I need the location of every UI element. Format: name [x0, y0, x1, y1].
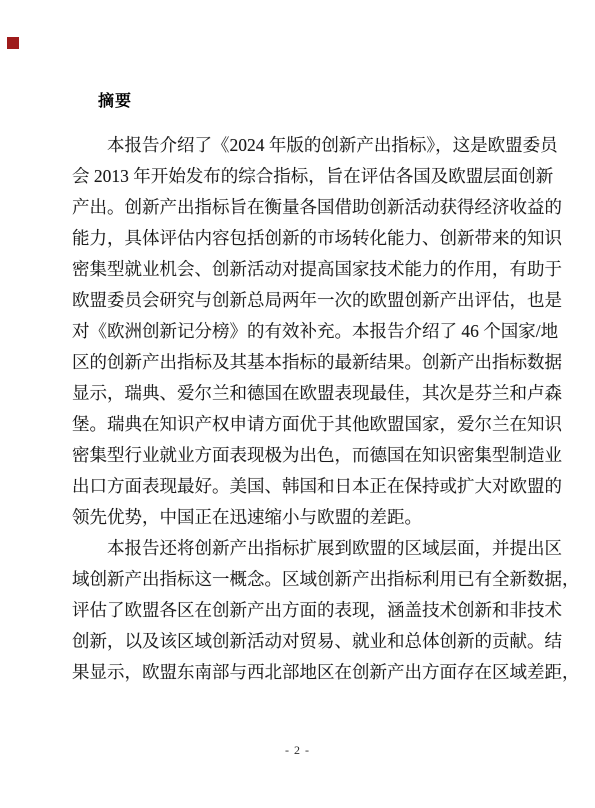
text-line: 欧盟委员会研究与创新总局两年一次的欧盟创新产出评估，也是 — [72, 285, 535, 316]
text-line: 出口方面表现最好。美国、韩国和日本正在保持或扩大对欧盟的 — [72, 471, 535, 502]
text-line: 显示，瑞典、爱尔兰和德国在欧盟表现最佳，其次是芬兰和卢森 — [72, 378, 535, 409]
text-line: 能力，具体评估内容包括创新的市场转化能力、创新带来的知识 — [72, 223, 535, 254]
paragraph-2: 本报告还将创新产出指标扩展到欧盟的区域层面，并提出区域创新产出指标这一概念。区域… — [72, 533, 535, 688]
text-line: 会 2013 年开始发布的综合指标，旨在评估各国及欧盟层面创新 — [72, 161, 535, 192]
page-number: - 2 - — [0, 743, 595, 758]
abstract-heading: 摘要 — [72, 92, 535, 112]
text-line: 本报告还将创新产出指标扩展到欧盟的区域层面，并提出区 — [72, 533, 535, 564]
text-line: 区的创新产出指标及其基本指标的最新结果。创新产出指标数据 — [72, 347, 535, 378]
text-line: 密集型行业就业方面表现极为出色，而德国在知识密集型制造业 — [72, 440, 535, 471]
text-line: 创新，以及该区域创新活动对贸易、就业和总体创新的贡献。结 — [72, 626, 535, 657]
document-page: 摘要 本报告介绍了《2024 年版的创新产出指标》，这是欧盟委员会 2013 年… — [0, 0, 595, 808]
text-line: 领先优势，中国正在迅速缩小与欧盟的差距。 — [72, 502, 535, 533]
text-line: 对《欧洲创新记分榜》的有效补充。本报告介绍了 46 个国家/地 — [72, 316, 535, 347]
text-line: 密集型就业机会、创新活动对提高国家技术能力的作用，有助于 — [72, 254, 535, 285]
text-line: 域创新产出指标这一概念。区域创新产出指标利用已有全新数据， — [72, 564, 535, 595]
text-line: 果显示，欧盟东南部与西北部地区在创新产出方面存在区域差距， — [72, 657, 535, 688]
text-line: 堡。瑞典在知识产权申请方面优于其他欧盟国家，爱尔兰在知识 — [72, 409, 535, 440]
text-line: 产出。创新产出指标旨在衡量各国借助创新活动获得经济收益的 — [72, 192, 535, 223]
abstract-body: 本报告介绍了《2024 年版的创新产出指标》，这是欧盟委员会 2013 年开始发… — [72, 130, 535, 688]
paragraph-1-end: 领先优势，中国正在迅速缩小与欧盟的差距。 — [72, 502, 535, 533]
red-stamp-mark — [7, 37, 19, 49]
paragraph-1: 本报告介绍了《2024 年版的创新产出指标》，这是欧盟委员会 2013 年开始发… — [72, 130, 535, 502]
text-line: 评估了欧盟各区在创新产出方面的表现，涵盖技术创新和非技术 — [72, 595, 535, 626]
text-line: 本报告介绍了《2024 年版的创新产出指标》，这是欧盟委员 — [72, 130, 535, 161]
